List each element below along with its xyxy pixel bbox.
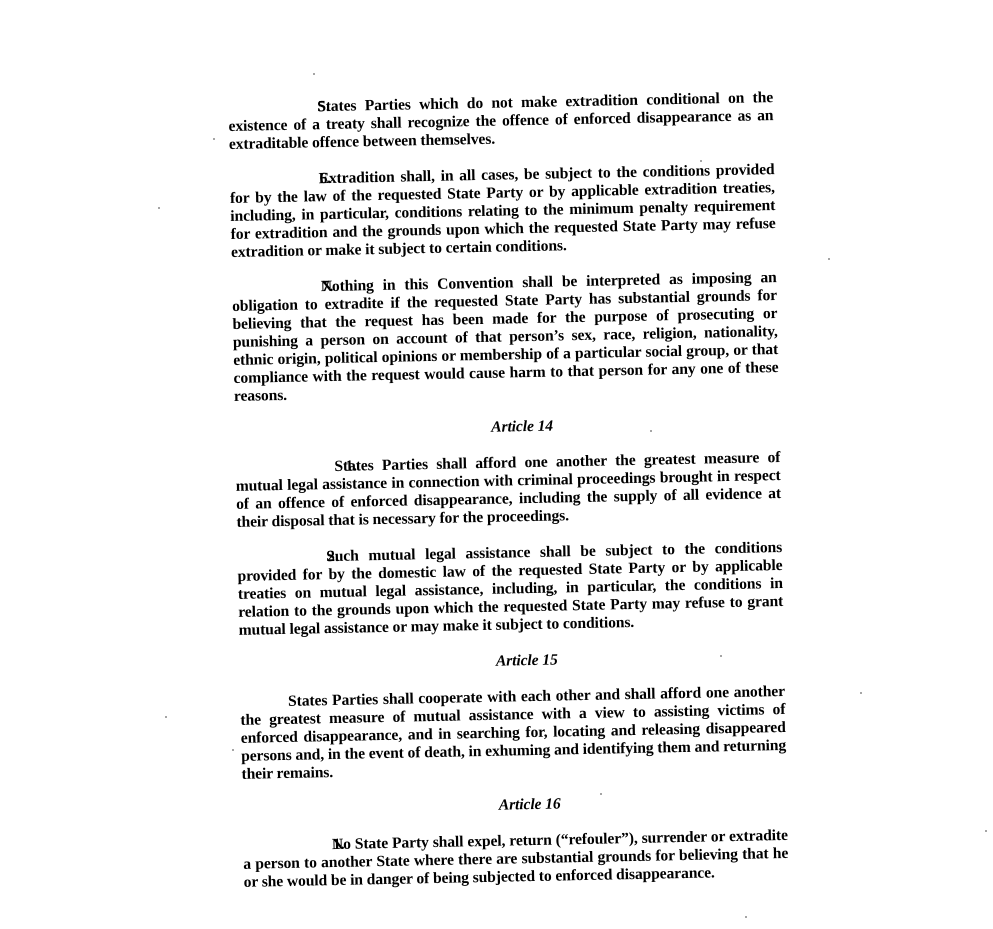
paragraph-number: 1.: [290, 458, 334, 477]
article-14-paragraph-1: 1.States Parties shall afford one anothe…: [235, 449, 781, 532]
scan-noise: [158, 207, 160, 209]
paragraph-6: 6.Extradition shall, in all cases, be su…: [229, 161, 776, 262]
document-body: 5.States Parties which do not make extra…: [228, 89, 789, 892]
scan-noise: [860, 692, 862, 694]
scan-noise: [232, 749, 234, 751]
scan-noise: [213, 138, 215, 140]
article-15-paragraph: States Parties shall cooperate with each…: [240, 683, 787, 784]
paragraph-number: 2.: [282, 548, 326, 567]
article-16-paragraph-1: 1.No State Party shall expel, return (“r…: [243, 827, 789, 892]
scanned-page: 5.States Parties which do not make extra…: [0, 0, 993, 929]
paragraph-number: 5.: [273, 98, 317, 117]
paragraph-number: 6.: [274, 170, 318, 189]
scan-noise: [828, 258, 830, 260]
scan-noise: [165, 716, 167, 718]
article-14-paragraph-2: 2.Such mutual legal assistance shall be …: [237, 539, 784, 640]
scan-noise: [985, 830, 987, 832]
scan-noise: [745, 916, 747, 918]
paragraph-number: 1.: [288, 836, 332, 855]
paragraph-7: 7.Nothing in this Convention shall be in…: [232, 269, 779, 406]
scan-noise: [313, 73, 315, 75]
paragraph-number: 7.: [277, 278, 321, 297]
